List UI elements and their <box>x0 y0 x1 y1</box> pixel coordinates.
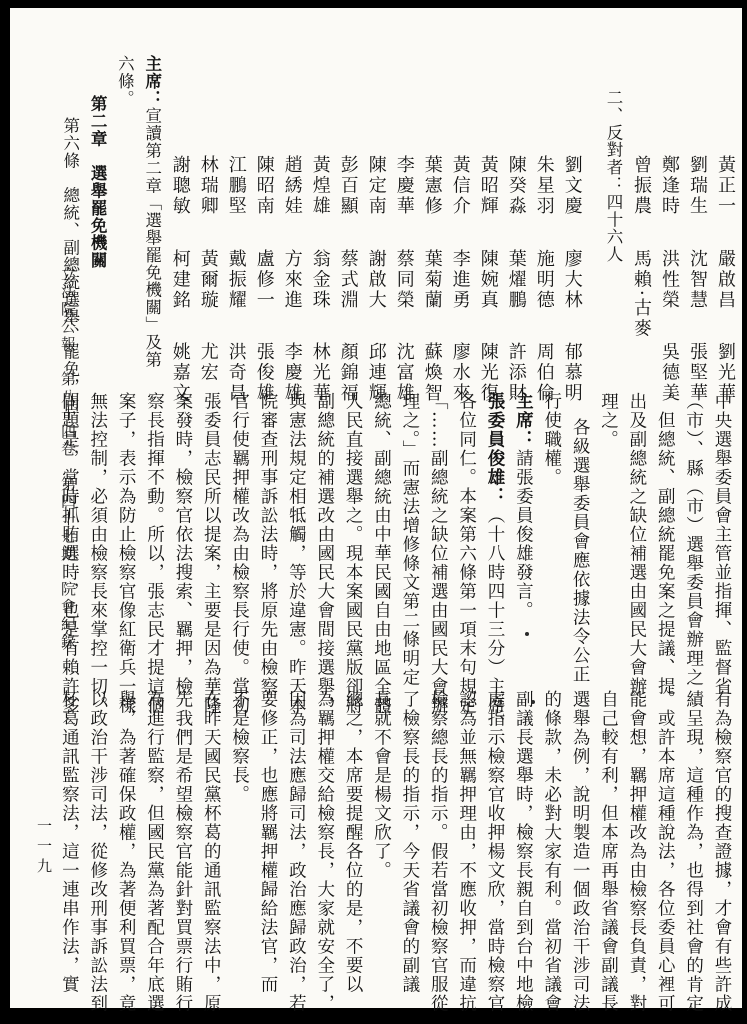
text-column: 六條。 <box>116 55 133 407</box>
text-column: 案子，表示為防止檢察官像紅衛兵一樣 <box>117 392 135 724</box>
legislator-name: 陳昭南 <box>255 155 273 217</box>
legislator-name: 劉瑞生 <box>688 155 706 217</box>
text-column: 第六條 總統、副總統選舉、罷免，由 <box>61 55 78 407</box>
column-text: 不是檢察長。 <box>230 690 250 804</box>
column-text: 自己較有利，但本席再舉省議會副議長 <box>599 690 619 1013</box>
text-column: 「……副總統之缺位補選由國民大會辦 <box>429 392 447 724</box>
name-column: 黃昭輝陳婉真陳光復 <box>479 55 497 407</box>
legislator-name: 戴振耀 <box>227 249 245 311</box>
column-text: 要修正，也應將羈押權歸給法官，而 <box>258 690 278 994</box>
text-column: 自己較有利，但本席再舉省議會副議長 <box>599 690 617 1022</box>
column-text: 先我們是希望檢察官能針對買票行賄行 <box>173 690 193 1013</box>
text-column: 中央選舉委員會主管並指揮、監督省 <box>713 392 731 724</box>
text-column: 問題是，當時抓賄選時，也是有賴許多 <box>60 392 78 724</box>
column-text: 理之。 <box>599 392 619 449</box>
column-text: 察長指揮不動。所以，張志民才提這個 <box>145 392 165 715</box>
legislator-name: 洪性榮 <box>660 249 678 311</box>
text-column: 張委員俊雄：（十八時四十三分）主席、 <box>486 392 504 724</box>
legislator-name: 彭百顯 <box>339 155 357 217</box>
text-column: 為進行監察，但國民黨為著配合年底選 <box>145 690 163 1022</box>
text-column: 察長指揮不動。所以，張志民才提這個 <box>145 392 163 724</box>
name-column: 李慶華蔡同榮沈富雄 <box>395 55 413 407</box>
column-text: 理之。」而憲法增修條文第二條明定 <box>400 392 420 687</box>
legislator-name: 黃正一 <box>716 155 734 217</box>
column-text: 為進行監察，但國民黨為著配合年底選 <box>145 690 165 1013</box>
column-text: 的條款，未必對大家有利。當初省議會 <box>542 690 562 1013</box>
legislator-name: 謝聰敏 <box>171 155 189 217</box>
text-column: 選舉為例，說明製造一個政治干涉司法 <box>571 690 589 1022</box>
column-text: 與憲法規定相牴觸，等於違憲。昨天本 <box>286 392 306 715</box>
text-column: 以政治干涉司法，從修改刑事訴訟法到 <box>88 690 106 1022</box>
text-column: 檢察總長的指示。假若當初檢察官服從 <box>429 690 447 1022</box>
text-column: 舉，為著確保政權，為著便利買票，竟 <box>117 690 135 1022</box>
scan-speck <box>525 632 529 636</box>
text-column: 有為檢察官的搜查證據，才會有些許成 <box>713 690 731 1022</box>
text-column: 官行使羈押權改為由檢察長行使。當初 <box>230 392 248 724</box>
scan-speck <box>531 700 535 704</box>
chair-reading-columns: 主席：宣讀第二章「選舉罷免機關」及第六條。第二章 選舉罷免機關第六條 總統、副總… <box>61 55 160 407</box>
text-column: 張委員志民所以提案，主要是因為華隆 <box>202 392 220 724</box>
name-column: 謝聰敏柯建銘姚嘉文 <box>171 55 189 407</box>
name-column: 劉文慶廖大林郁慕明 <box>563 55 581 407</box>
column-text: 中央選舉委員會主管並指揮、監督省 <box>712 392 732 696</box>
text-column: 。或許本席這種說法，各位委員心裡可 <box>656 690 674 1022</box>
against-name-columns: 劉文慶廖大林郁慕明朱星羽施明德周伯倫陳癸淼葉燿鵬許添財黃昭輝陳婉真陳光復黃信介李… <box>171 55 581 407</box>
column-text: 長就不會是楊文欣了。 <box>372 690 392 880</box>
text-column: 主席：請張委員俊雄發言。 <box>514 392 532 724</box>
column-text: 宣讀第二章「選舉罷免機關」及第 <box>143 107 162 368</box>
text-column: 的條款，未必對大家有利。當初省議會 <box>542 690 560 1022</box>
legislator-name: 柯建銘 <box>171 249 189 311</box>
column-text: 出及副總統之缺位補選由國民大會辦 <box>627 392 647 696</box>
name-column: 曾振農馬賴·古麥 <box>632 55 650 407</box>
column-text: 檢察總長的指示。假若當初檢察官服從 <box>428 690 448 1013</box>
speaker-label: 主席： <box>143 55 162 107</box>
text-column: 與憲法規定相牴觸，等於違憲。昨天本 <box>287 392 305 724</box>
column-text: 副議長選舉時，檢察長親自到台中地檢 <box>513 690 533 1013</box>
text-column: 在昨天國民黨杯葛的通訊監察法中，原 <box>202 690 220 1022</box>
legislator-name: 陳癸淼 <box>507 155 525 217</box>
column-text: 處指示檢察官收押楊文欣，當時檢察官 <box>485 690 505 1013</box>
speech-continuation-section: 有為檢察官的搜查證據，才會有些許成績呈現，這種作為，也得到社會的肯定。或許本席這… <box>60 690 731 1022</box>
column-text: 在昨天國民黨杯葛的通訊監察法中，原 <box>201 690 221 1013</box>
text-column: 總統、副總統由中華民國自由地區全體 <box>372 392 390 724</box>
text-column: （市）、縣（市）選舉委員會辦理之 <box>684 392 702 724</box>
legislator-name: 謝啟大 <box>367 249 385 311</box>
column-text: 績呈現，這種作為，也得到社會的肯定 <box>684 690 704 1013</box>
text-column: 出及副總統之缺位補選由國民大會辦 <box>628 392 646 724</box>
text-column: 因為司法應歸司法，政治應歸政治，若 <box>287 690 305 1022</box>
approve-name-columns: 黃正一嚴啟昌劉光華劉瑞生沈智慧張堅華鄭逢時洪性榮吳德美曾振農馬賴·古麥 <box>632 55 734 407</box>
column-text: 了檢察長的指示，今天省議會的副議 <box>400 690 420 994</box>
text-column: 要修正，也應將羈押權歸給法官，而 <box>259 690 277 1022</box>
text-column: 第二章 選舉罷免機關 <box>89 55 106 407</box>
column-text: 各級選舉委員會應依據法令公正 <box>570 418 590 684</box>
name-column: 陳癸淼葉燿鵬許添財 <box>507 55 525 407</box>
legislator-name: 嚴啟昌 <box>716 249 734 311</box>
text-column: 理之。 <box>599 392 617 724</box>
speaker-label: 主席： <box>513 392 533 449</box>
legislator-name: 蔡同榮 <box>395 249 413 311</box>
column-text: 。但總統、副總統罷免案之提議、提 <box>655 392 675 696</box>
legislator-name: 黃昭輝 <box>479 155 497 217</box>
text-column: 為羈押權交給檢察長，大家就安全了， <box>315 690 333 1022</box>
column-text: 問題是，當時抓賄選時，也是有賴許多 <box>59 392 79 715</box>
gazette-scan: { "publication": { "margin_label": "立法院公… <box>0 0 747 1024</box>
text-column: 績呈現，這種作為，也得到社會的肯定 <box>684 690 702 1022</box>
name-column: 朱星羽施明德周伯倫 <box>535 55 553 407</box>
bill-text-and-speech-section: 中央選舉委員會主管並指揮、監督省（市）、縣（市）選舉委員會辦理之。但總統、副總統… <box>60 392 731 724</box>
legislator-name: 廖大林 <box>563 249 581 311</box>
legislator-name: 蔡式淵 <box>339 249 357 311</box>
legislator-name: 沈智慧 <box>688 249 706 311</box>
legislator-name: 盧修一 <box>255 249 273 311</box>
name-column: 陳定南謝啟大邱連輝 <box>367 55 385 407</box>
legislator-name: 施明德 <box>535 249 553 311</box>
legislator-name: 李進勇 <box>451 249 469 311</box>
column-text: 案子，表示為防止檢察官像紅衛兵一樣 <box>116 392 136 715</box>
text-column: 。但總統、副總統罷免案之提議、提 <box>656 392 674 724</box>
page-number: 一一九 <box>36 818 51 878</box>
column-text: 有為檢察官的搜查證據，才會有些許成 <box>712 690 732 1013</box>
legislator-name: 葉憲修 <box>423 155 441 217</box>
legislator-name: 黃信介 <box>451 155 469 217</box>
legislator-name: 劉文慶 <box>563 155 581 217</box>
column-text: 為羈押權交給檢察長，大家就安全了， <box>315 690 335 1013</box>
column-text: 認為並無羈押理由，不應收押，而違抗 <box>457 690 477 1013</box>
column-text: 。或許本席這種說法，各位委員心裡可 <box>655 690 675 1013</box>
column-text: （市）、縣（市）選舉委員會辦理之 <box>684 392 704 687</box>
against-header: 二、反對者：四十六人 <box>605 55 622 407</box>
name-column: 葉憲修葉菊蘭蘇煥智 <box>423 55 441 407</box>
legislator-name: 朱星羽 <box>535 155 553 217</box>
column-text: 總之，本席要提醒各位的是，不要以 <box>343 690 363 994</box>
name-column: 彭百顯蔡式淵顏錦福 <box>339 55 357 407</box>
text-column: 主席：宣讀第二章「選舉罷免機關」及第 <box>143 55 160 407</box>
name-column: 鄭逢時洪性榮吳德美 <box>660 55 678 407</box>
name-column: 江鵬堅戴振耀洪奇昌 <box>227 55 245 407</box>
legislator-name: 趙綉娃 <box>283 155 301 217</box>
column-text: 無法控制，必須由檢察長來掌控一切。 <box>88 392 108 715</box>
name-column: 林瑞卿黃爾璇尤宏 <box>199 55 217 407</box>
column-text: 張委員志民所以提案，主要是因為華隆 <box>201 392 221 715</box>
text-column: 能會想，羈押權改為由檢察長負責，對 <box>628 690 646 1022</box>
column-text: 人民直接選舉之。現本案國民黨版卻將 <box>343 392 363 715</box>
text-column: 院審查刑事訴訟法時，將原先由檢察 <box>259 392 277 724</box>
name-column: 趙綉娃方來進李慶雄 <box>283 55 301 407</box>
column-text: 六條。 <box>115 55 134 107</box>
legislator-name: 陳婉真 <box>479 249 497 311</box>
speaker-label: 張委員俊雄： <box>485 392 505 506</box>
column-text: 案發時，檢察官依法搜索、羈押，檢 <box>173 392 193 696</box>
legislator-name: 黃爾璇 <box>199 249 217 311</box>
text-column: 副總統的補選改由國民大會間接選舉， <box>315 392 333 724</box>
text-column: 處指示檢察官收押楊文欣，當時檢察官 <box>486 690 504 1022</box>
column-text: 「……副總統之缺位補選由國民大會辦 <box>428 392 448 715</box>
text-column: 人民直接選舉之。現本案國民黨版卻將 <box>344 392 362 724</box>
legislator-name: 曾振農 <box>632 155 650 217</box>
legislator-name: 鄭逢時 <box>660 155 678 217</box>
name-column: 黃正一嚴啟昌劉光華 <box>716 55 734 407</box>
legislator-name: 葉菊蘭 <box>423 249 441 311</box>
name-column: 劉瑞生沈智慧張堅華 <box>688 55 706 407</box>
text-column: 總之，本席要提醒各位的是，不要以 <box>344 690 362 1022</box>
column-text: 院審查刑事訴訟法時，將原先由檢察 <box>258 392 278 696</box>
legislator-name: 江鵬堅 <box>227 155 245 217</box>
text-column: 理之。」而憲法增修條文第二條明定 <box>401 392 419 724</box>
column-text: 因為司法應歸司法，政治應歸政治，若 <box>286 690 306 1013</box>
text-column: 不是檢察長。 <box>230 690 248 1022</box>
column-text: 第六條 總統、副總統選舉、罷免，由 <box>61 117 80 413</box>
text-column: 行使職權。 <box>542 392 560 724</box>
name-column: 陳昭南盧修一張俊雄 <box>255 55 273 407</box>
text-column: 認為並無羈押理由，不應收押，而違抗 <box>457 690 475 1022</box>
legislator-name: 李慶華 <box>395 155 413 217</box>
column-text: 請張委員俊雄發言。 <box>513 449 533 620</box>
name-column: 黃煌雄翁金珠林光華 <box>311 55 329 407</box>
column-text: 舉，為著確保政權，為著便利買票，竟 <box>116 690 136 1013</box>
text-column: 杯葛通訊監察法，這一連串作法，實 <box>60 690 78 1022</box>
column-text: 杯葛通訊監察法，這一連串作法，實 <box>59 690 79 994</box>
legislator-name: 馬賴·古麥 <box>632 249 650 339</box>
column-text: 能會想，羈押權改為由檢察長負責，對 <box>627 690 647 1013</box>
legislator-name: 方來進 <box>283 249 301 311</box>
text-column: 先我們是希望檢察官能針對買票行賄行 <box>174 690 192 1022</box>
legislator-name: 葉燿鵬 <box>507 249 525 311</box>
column-text: 選舉為例，說明製造一個政治干涉司法 <box>570 690 590 1013</box>
text-column: 無法控制，必須由檢察長來掌控一切。 <box>88 392 106 724</box>
column-text: 總統、副總統由中華民國自由地區全體 <box>372 392 392 715</box>
legislator-name: 林瑞卿 <box>199 155 217 217</box>
text-column: 長就不會是楊文欣了。 <box>372 690 390 1022</box>
gazette-page: 立法院公報 第八十四卷 第四十七期 院會紀錄 一一九 黃正一嚴啟昌劉光華劉瑞生沈… <box>10 8 742 1008</box>
text-column: 副議長選舉時，檢察長親自到台中地檢 <box>514 690 532 1022</box>
column-text: 第二章 選舉罷免機關 <box>88 95 107 269</box>
legislator-name: 陳定南 <box>367 155 385 217</box>
column-text: 各位同仁。本案第六條第一項末句規定 <box>457 392 477 715</box>
column-text: 副總統的補選改由國民大會間接選舉， <box>315 392 335 715</box>
vote-result-and-reading-section: 黃正一嚴啟昌劉光華劉瑞生沈智慧張堅華鄭逢時洪性榮吳德美曾振農馬賴·古麥 二、反對… <box>61 55 734 407</box>
text-column: 各位同仁。本案第六條第一項末句規定 <box>457 392 475 724</box>
legislator-name: 尤宏 <box>199 342 217 383</box>
column-text: 官行使羈押權改為由檢察長行使。當初 <box>230 392 250 715</box>
column-text: 行使職權。 <box>542 392 562 487</box>
column-text: 以政治干涉司法，從修改刑事訴訟法到 <box>88 690 108 1013</box>
text-column: 了檢察長的指示，今天省議會的副議 <box>401 690 419 1022</box>
legislator-name: 黃煌雄 <box>311 155 329 217</box>
name-column: 黃信介李進勇廖水來 <box>451 55 469 407</box>
text-column: 案發時，檢察官依法搜索、羈押，檢 <box>174 392 192 724</box>
legislator-name: 翁金珠 <box>311 249 329 311</box>
text-column: 各級選舉委員會應依據法令公正 <box>571 392 589 724</box>
